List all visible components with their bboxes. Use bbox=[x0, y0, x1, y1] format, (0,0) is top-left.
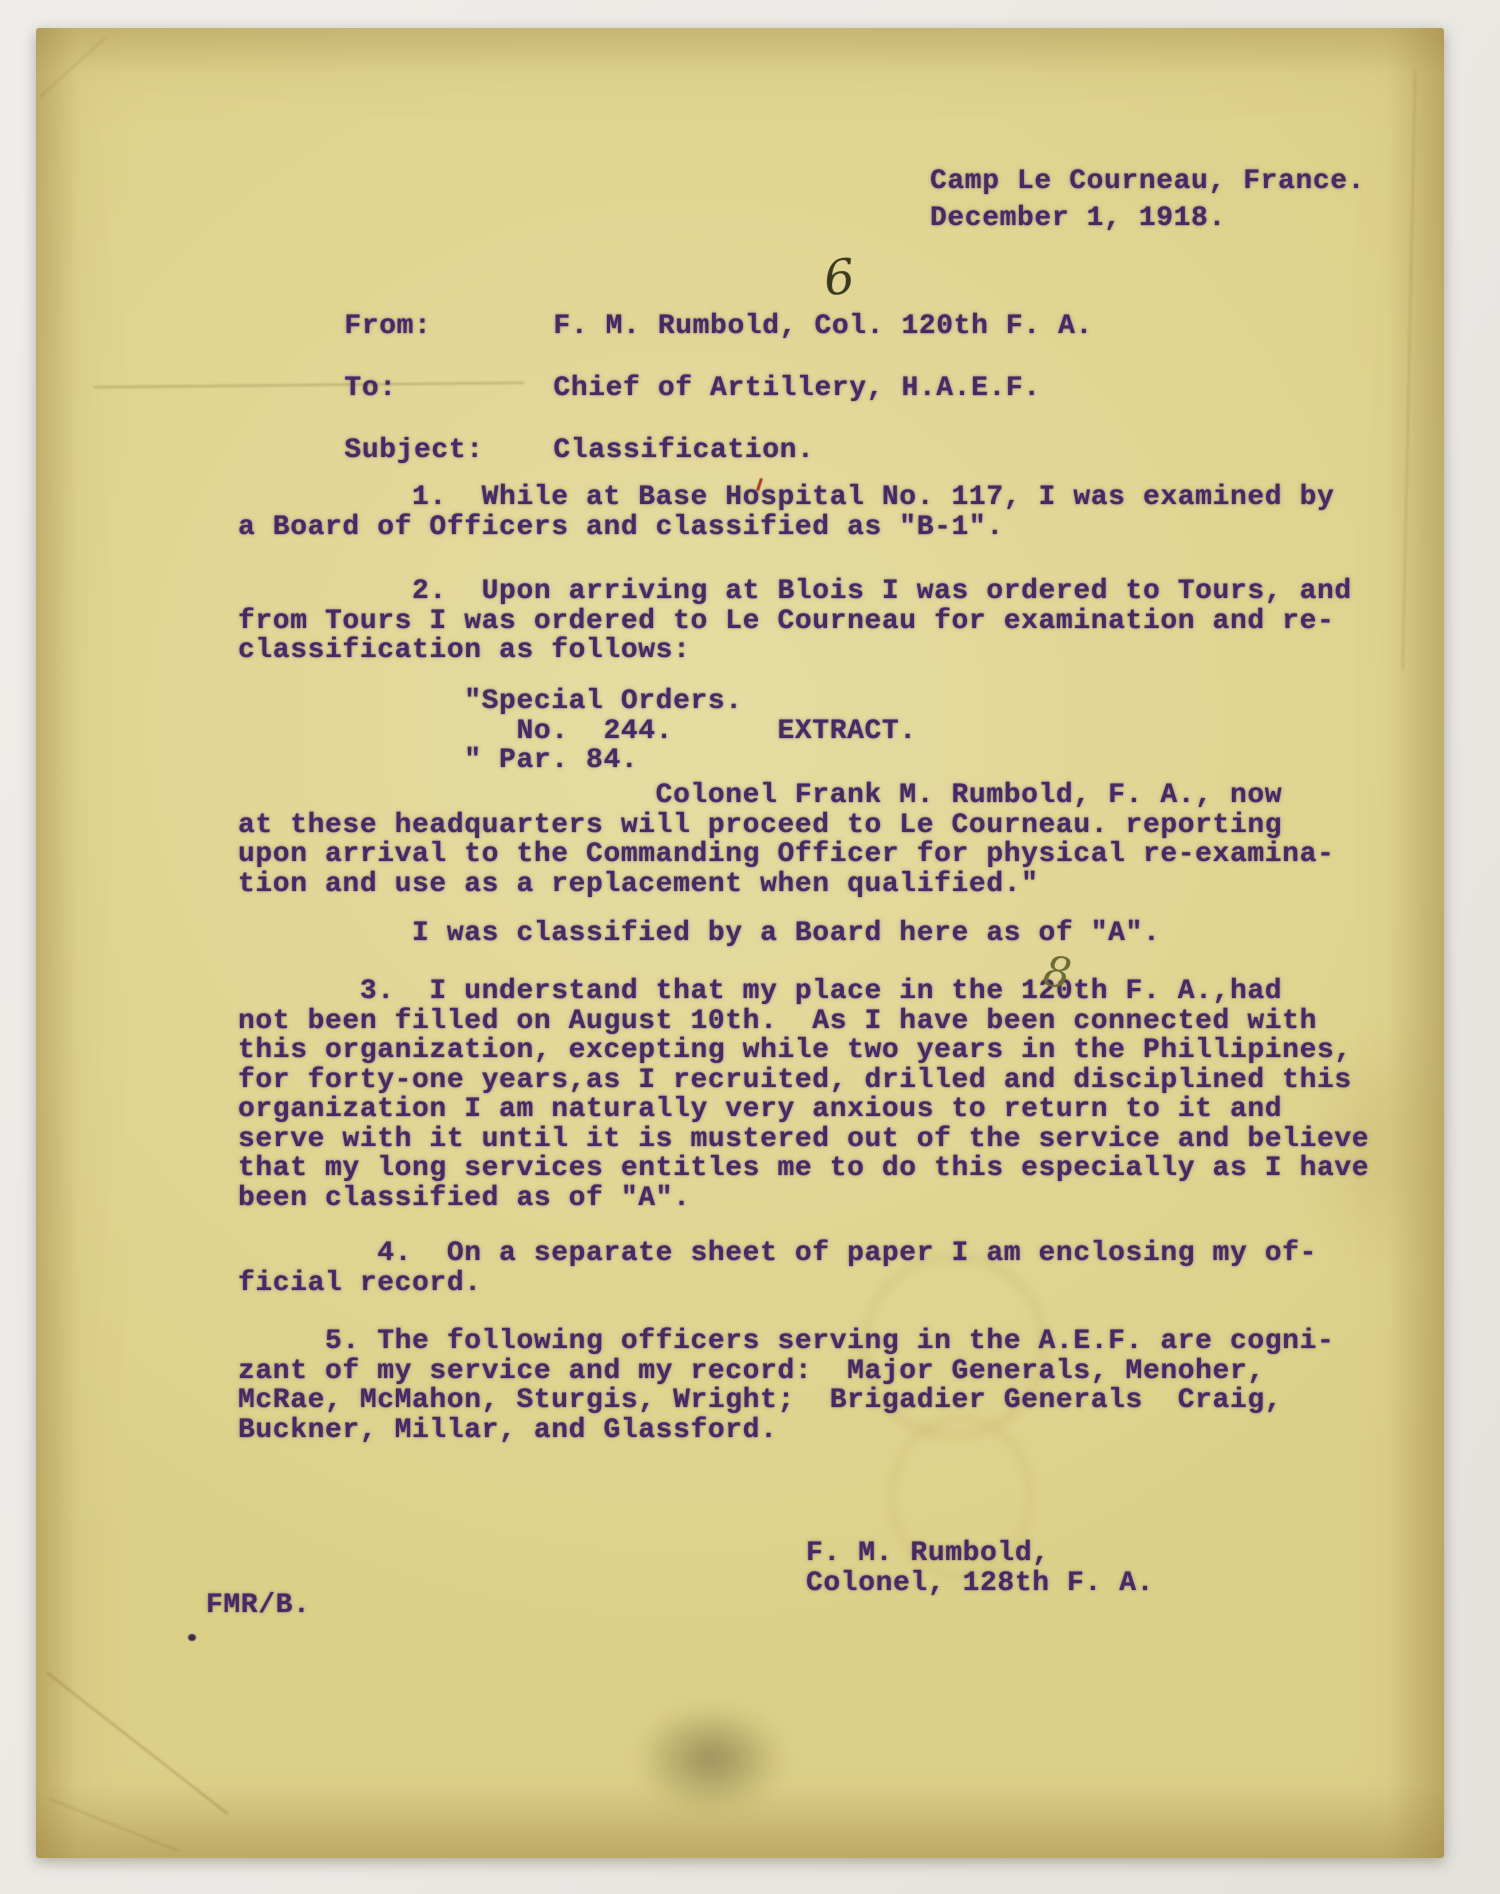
from-label: From: bbox=[344, 312, 553, 342]
classified-statement: I was classified by a Board here as of "… bbox=[238, 919, 1160, 949]
subject-label: Subject: bbox=[344, 436, 553, 466]
paragraph-1: 1. While at Base Hospital No. 117, I was… bbox=[238, 483, 1334, 542]
signature-block: F. M. Rumbold, Colonel, 128th F. A. bbox=[806, 1539, 1154, 1599]
paragraph-4: 4. On a separate sheet of paper I am enc… bbox=[238, 1239, 1317, 1298]
special-orders-extract: Colonel Frank M. Rumbold, F. A., now at … bbox=[238, 781, 1334, 899]
typist-initials: FMR/B. bbox=[206, 1591, 310, 1621]
letter-paper: Camp Le Courneau, France. December 1, 19… bbox=[36, 28, 1444, 1858]
paper-crease-right-edge bbox=[1402, 70, 1417, 670]
special-orders-heading: "Special Orders. No. 244. EXTRACT. " Par… bbox=[238, 687, 917, 776]
stray-ink-dot bbox=[188, 1634, 196, 1641]
paragraph-3: 3. I understand that my place in the 120… bbox=[238, 977, 1369, 1213]
paper-stain-bottom-center bbox=[606, 1684, 816, 1834]
to-value: Chief of Artillery, H.A.E.F. bbox=[553, 373, 1040, 404]
to-label: To: bbox=[344, 374, 553, 404]
paper-crease-top-left bbox=[39, 36, 107, 98]
paragraph-5: 5. The following officers serving in the… bbox=[238, 1327, 1334, 1445]
dateline: Camp Le Courneau, France. December 1, 19… bbox=[930, 163, 1365, 237]
scanned-letter-page: Camp Le Courneau, France. December 1, 19… bbox=[0, 0, 1500, 1894]
paper-fold-bottom-left bbox=[46, 1671, 228, 1814]
from-value: F. M. Rumbold, Col. 120th F. A. bbox=[553, 311, 1093, 342]
subject-value: Classification. bbox=[553, 435, 814, 466]
handwritten-six-annotation: 6 bbox=[821, 249, 857, 308]
paragraph-2: 2. Upon arriving at Blois I was ordered … bbox=[238, 577, 1352, 666]
paper-crease-bottom-left bbox=[49, 1798, 180, 1852]
